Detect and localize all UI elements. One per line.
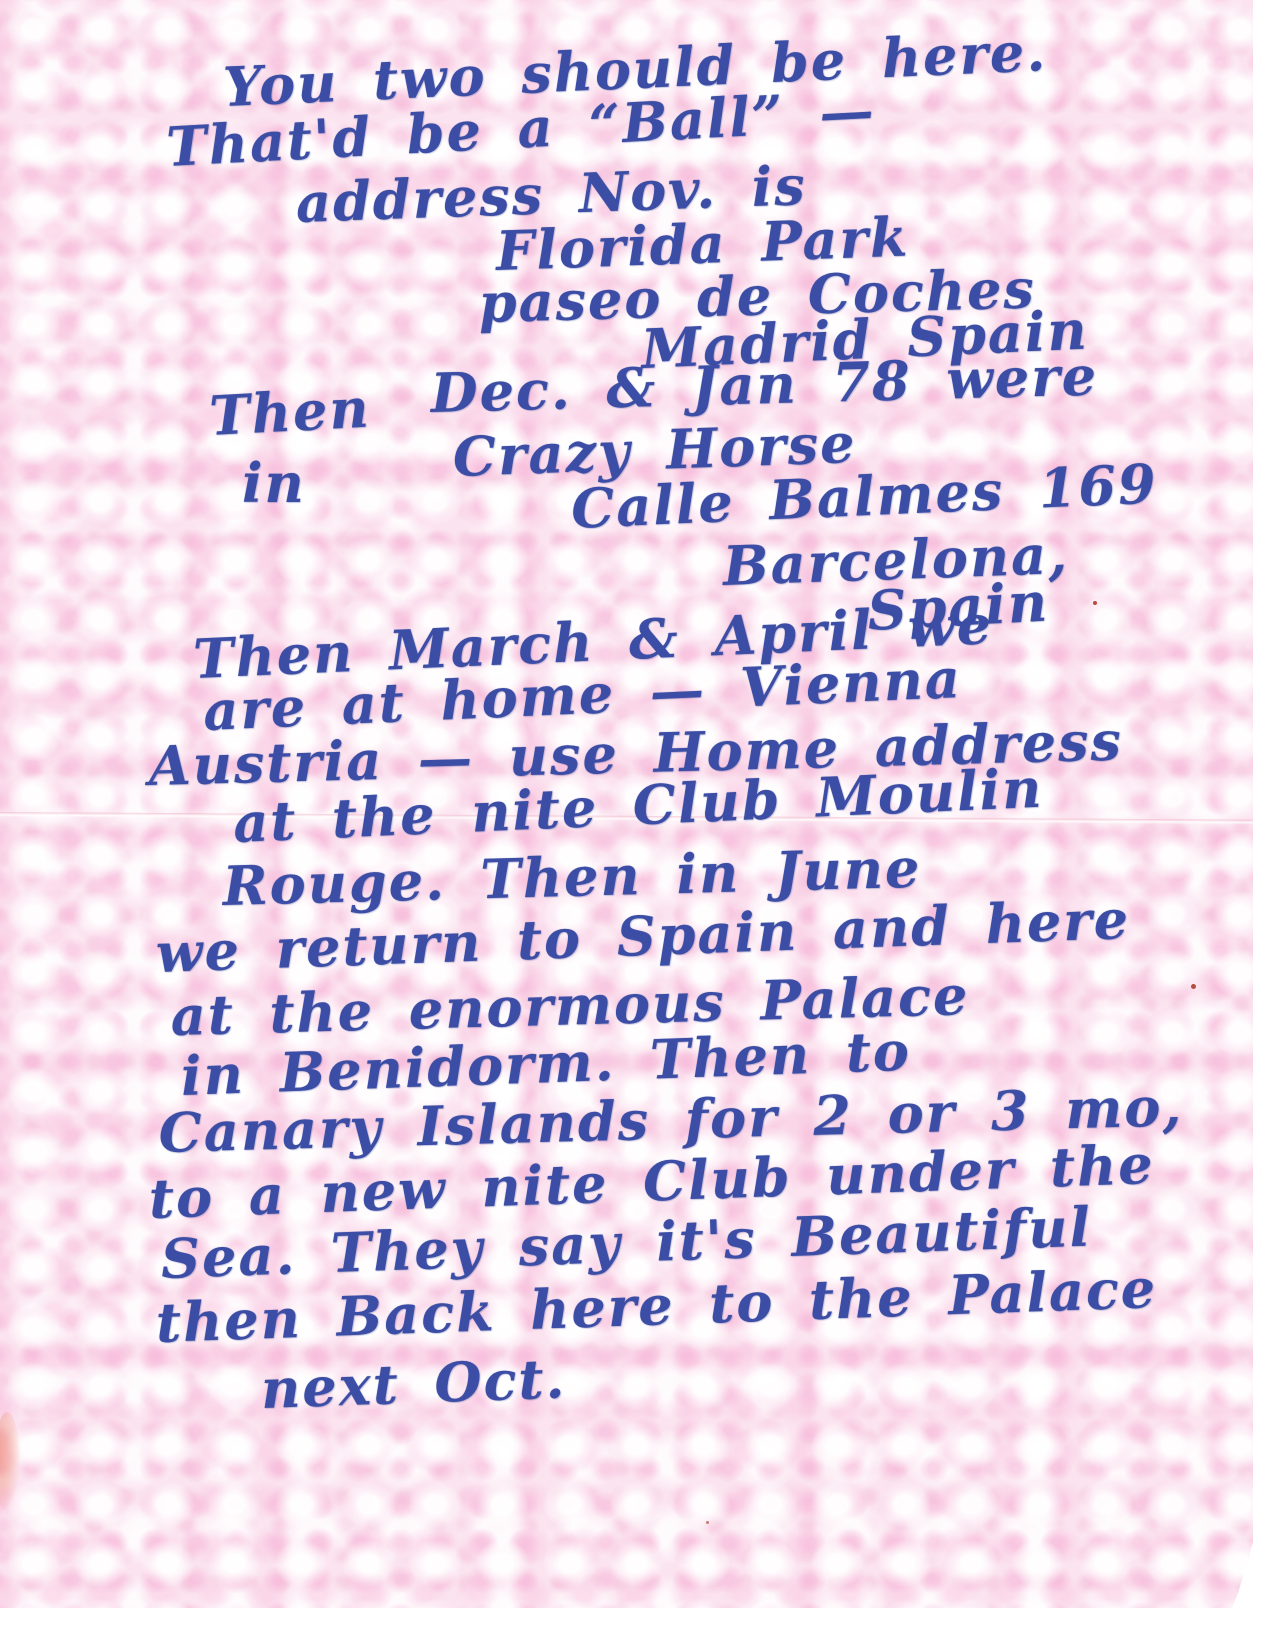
letter-paper: You two should be here. That'd be a “Bal…	[0, 0, 1253, 1608]
scanned-page: You two should be here. That'd be a “Bal…	[0, 0, 1275, 1650]
letter-line: Dec. & Jan 78 were	[430, 347, 1099, 424]
letter-line: in	[242, 454, 306, 513]
ink-speck	[706, 1521, 709, 1524]
ink-speck	[1191, 984, 1196, 989]
letter-line: next Oct.	[260, 1349, 567, 1419]
stain-mark	[0, 1412, 20, 1512]
ink-speck	[1093, 601, 1097, 605]
letter-line: Then	[208, 379, 372, 447]
